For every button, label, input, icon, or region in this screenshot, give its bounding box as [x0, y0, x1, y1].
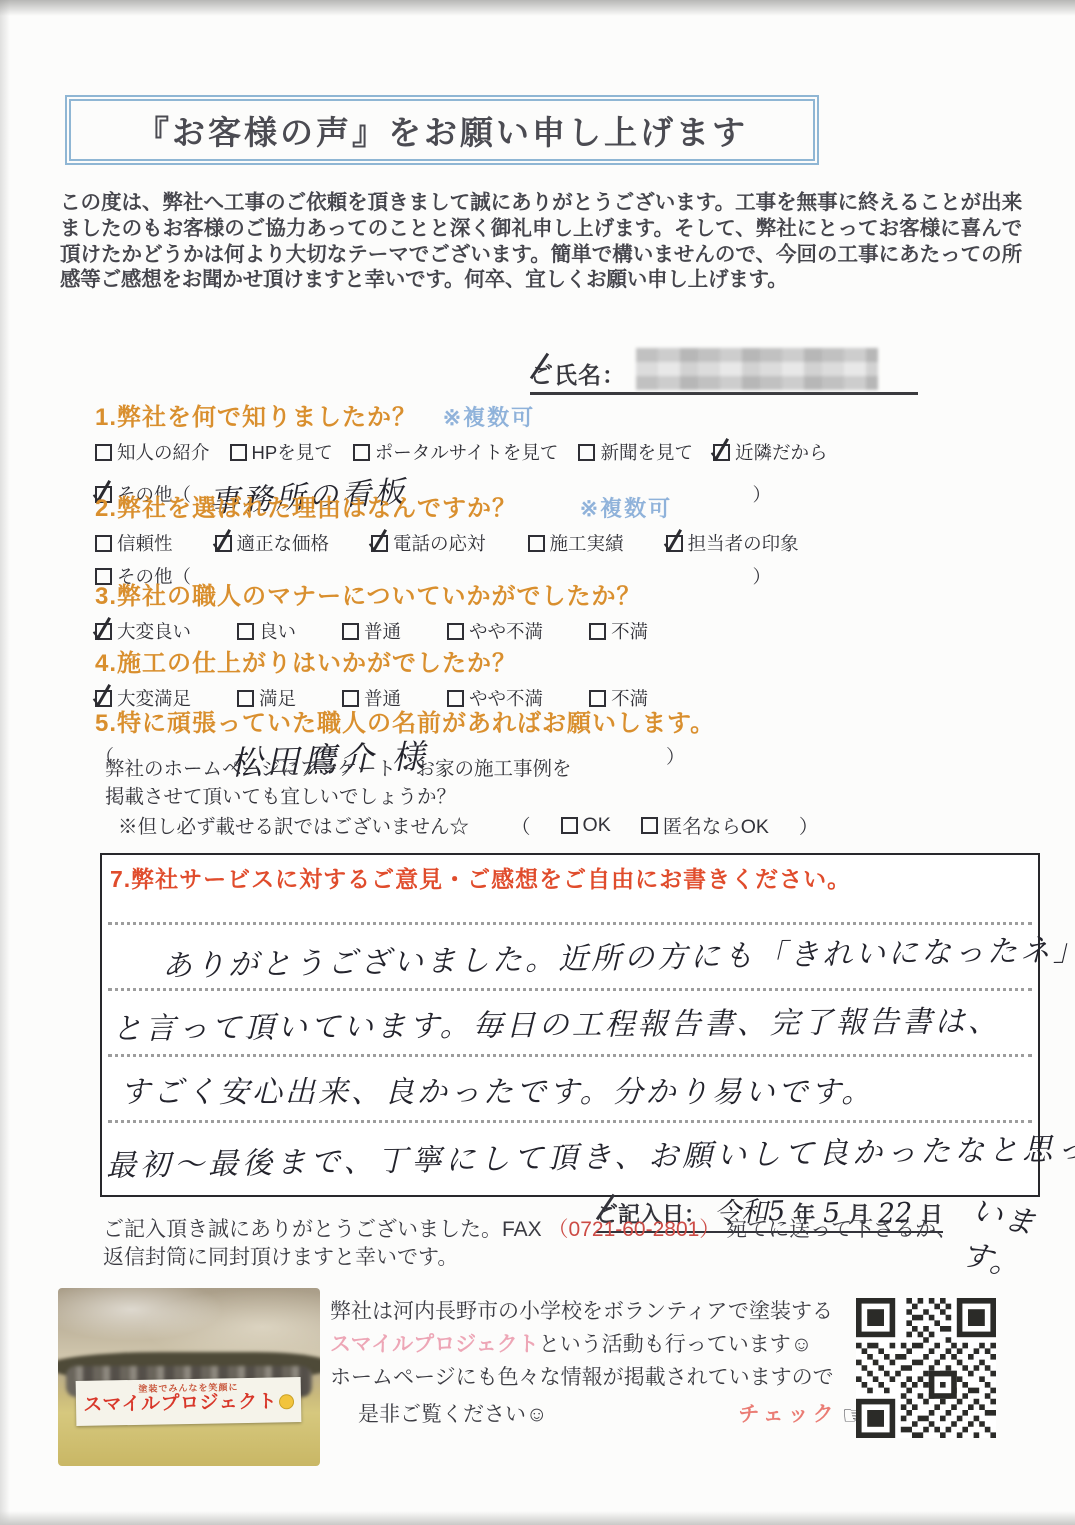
q3-option-good-label: 良い: [259, 618, 296, 644]
bottom-line2: スマイルプロジェクトという活動も行っています☺: [330, 1328, 865, 1361]
question-4: 4.施工の仕上がりはいかがでしたか？ 大変満足 満足 普通 やや不満 不満: [95, 643, 795, 711]
q2-option-phone-label: 電話の応対: [393, 530, 486, 556]
photo-banner: 塗装でみんなを笑顔に スマイルプロジェクト: [76, 1377, 302, 1425]
q3-option-normal-label: 普通: [364, 618, 401, 644]
checkbox-icon: [578, 444, 595, 461]
smile-project-photo: 塗装でみんなを笑顔に スマイルプロジェクト: [58, 1288, 320, 1466]
ruled-line: [108, 922, 1032, 925]
q3-options: 大変良い 良い 普通 やや不満 不満: [95, 618, 795, 644]
redacted-name: [636, 348, 878, 390]
comment-line-1: ありがとうございました。近所の方にも「きれいになったネ」: [162, 925, 1075, 985]
q3-option-dissatisfied-label: 不満: [611, 618, 648, 644]
q5-close-paren: ）: [666, 742, 685, 781]
ruled-line: [108, 1120, 1032, 1123]
ruled-line: [108, 988, 1032, 991]
q1-option-newspaper: 新聞を見て: [578, 439, 693, 465]
q4-title: 4.施工の仕上がりはいかがでしたか？: [95, 650, 517, 677]
q2-option-price: 適正な価格: [215, 530, 330, 556]
footer-instructions: ご記入頂き誠にありがとうございました。FAX （0721-60-2801） 宛て…: [103, 1216, 1033, 1273]
hp-option-ok-label: OK: [583, 814, 611, 837]
fax-number: （0721-60-2801）: [548, 1218, 721, 1241]
hp-permission-note: ※但し必ず載せる訳ではございません☆: [118, 811, 469, 839]
q3-option-dissatisfied: 不満: [589, 618, 648, 644]
name-label: ご氏名：: [530, 357, 626, 395]
q2-option-phone: 電話の応対: [371, 530, 486, 556]
footer-line2: 返信封筒に同封頂けますと幸いです。: [103, 1244, 1033, 1272]
q2-title-row: 2.弊社を選ばれた理由はなんですか？ ※複数可: [95, 488, 795, 523]
bottom-line3: ホームページにも色々な情報が掲載されていますので: [330, 1361, 865, 1394]
q1-multi-note: ※複数可: [443, 405, 535, 430]
hp-permission-line1: 弊社のホームページにアンケート・お家の施工事例を: [105, 755, 571, 783]
q3-title: 3.弊社の職人のマナーについていかがでしたか？: [95, 583, 642, 610]
ruled-line: [108, 1054, 1032, 1057]
checkbox-checked-icon: [713, 444, 730, 461]
footer-after-fax: 宛てに送って下さるか、: [726, 1218, 957, 1241]
q1-option-hp: HPを見て: [230, 439, 333, 465]
q2-title: 2.弊社を選ばれた理由はなんですか？: [95, 495, 517, 522]
q1-option-portal-label: ポータルサイトを見て: [375, 439, 559, 465]
checkbox-icon: [230, 444, 247, 461]
bottom-line1: 弊社は河内長野市の小学校をボランティアで塗装する: [330, 1295, 865, 1328]
q3-option-verygood: 大変良い: [95, 618, 191, 644]
q2-option-trust: 信頼性: [95, 530, 173, 556]
scan-edge-bottom: [0, 1511, 1075, 1525]
q7-title: 7.弊社サービスに対するご意見・ご感想をご自由にお書きください。: [110, 861, 851, 894]
scan-edge-top: [0, 0, 1075, 16]
scanned-feedback-form: { "title_box": { "title": "『お客様の声』をお願い申し…: [0, 0, 1075, 1525]
hp-permission-text: 弊社のホームページにアンケート・お家の施工事例を 掲載させて頂いても宜しいでしょ…: [105, 755, 571, 812]
q2-multi-note: ※複数可: [580, 496, 672, 521]
customer-name-row: ご氏名：: [530, 348, 918, 395]
hp-permission-choices: ※但し必ず載せる訳ではございません☆ （ OK 匿名ならOK ）: [118, 811, 858, 839]
q3-option-good: 良い: [237, 618, 296, 644]
checkbox-icon: [447, 623, 464, 640]
comment-line-2: と言って頂いています。毎日の工程報告書、完了報告書は、: [112, 996, 1001, 1048]
hp-close-paren: ）: [799, 811, 819, 839]
checkbox-icon: [528, 535, 545, 552]
q3-option-slightly-dissatisfied-label: やや不満: [469, 618, 543, 644]
q1-options: 知人の紹介 HPを見て ポータルサイトを見て 新聞を見て 近隣だから: [95, 439, 795, 465]
q1-option-newspaper-label: 新聞を見て: [600, 439, 693, 465]
smile-project-description: 弊社は河内長野市の小学校をボランティアで塗装する スマイルプロジェクトという活動…: [330, 1295, 865, 1436]
hp-open-paren: （: [511, 811, 531, 839]
q2-option-record-label: 施工実績: [550, 530, 624, 556]
q1-option-portal: ポータルサイトを見て: [353, 439, 559, 465]
checkbox-icon: [561, 817, 578, 834]
q1-title: 1.弊社を何で知りましたか？: [95, 404, 417, 431]
checkbox-icon: [641, 817, 658, 834]
checkbox-icon: [353, 444, 370, 461]
bottom-line4: 是非ご覧ください☺ チェック ☞: [330, 1395, 865, 1436]
comment-line-3: すごく安心出来、良かったです。分かり易いです。: [120, 1067, 874, 1111]
q2-options: 信頼性 適正な価格 電話の応対 施工実績 担当者の印象: [95, 530, 795, 556]
q3-option-normal: 普通: [342, 618, 401, 644]
q1-option-neighborhood-label: 近隣だから: [735, 439, 828, 465]
scan-edge-left: [0, 0, 10, 1525]
q1-option-referral: 知人の紹介: [95, 439, 210, 465]
photo-banner-title: スマイルプロジェクト: [76, 1392, 302, 1416]
q3-option-verygood-label: 大変良い: [117, 618, 191, 644]
hp-permission-group: （ OK 匿名ならOK ）: [511, 811, 818, 839]
hp-option-anonymous-ok: 匿名ならOK: [641, 811, 769, 839]
q2-option-record: 施工実績: [528, 530, 624, 556]
footer-line1: ご記入頂き誠にありがとうございました。FAX （0721-60-2801） 宛て…: [103, 1216, 1033, 1244]
checkbox-checked-icon: [95, 623, 112, 640]
hp-permission-line2: 掲載させて頂いても宜しいでしょうか？: [105, 783, 571, 811]
checkbox-icon: [95, 444, 112, 461]
q1-option-hp-label: HPを見て: [252, 439, 333, 465]
checkbox-icon: [589, 623, 606, 640]
q2-option-trust-label: 信頼性: [117, 530, 173, 556]
form-title-box: 『お客様の声』をお願い申し上げます: [65, 95, 819, 165]
bottom-line2-rest: という活動も行っています☺: [539, 1333, 812, 1356]
form-title: 『お客様の声』をお願い申し上げます: [136, 107, 748, 154]
question-2: 2.弊社を選ばれた理由はなんですか？ ※複数可 信頼性 適正な価格 電話の応対 …: [95, 488, 795, 589]
smile-project-highlight: スマイルプロジェクト: [330, 1333, 539, 1356]
qr-code: [856, 1298, 996, 1438]
bottom-line4-text: 是非ご覧ください☺: [358, 1398, 547, 1431]
q3-option-slightly-dissatisfied: やや不満: [447, 618, 543, 644]
q1-title-row: 1.弊社を何で知りましたか？ ※複数可: [95, 397, 795, 432]
check-label: チェック: [738, 1398, 837, 1431]
checkbox-checked-icon: [371, 535, 388, 552]
checkbox-checked-icon: [215, 535, 232, 552]
checkbox-checked-icon: [666, 535, 683, 552]
comment-line-4: 最初～最後まで、丁寧にして頂き、お願いして良かったなと思って: [106, 1123, 1075, 1185]
checkbox-icon: [342, 623, 359, 640]
footer-before-fax: ご記入頂き誠にありがとうございました。FAX: [103, 1218, 542, 1241]
q2-option-price-label: 適正な価格: [237, 530, 330, 556]
smiley-icon: [279, 1394, 294, 1409]
question-7-comment-box: 7.弊社サービスに対するご意見・ご感想をご自由にお書きください。 ありがとうござ…: [100, 853, 1040, 1197]
hp-option-ok: OK: [561, 814, 611, 837]
q1-option-referral-label: 知人の紹介: [117, 439, 210, 465]
q2-option-staff: 担当者の印象: [666, 530, 799, 556]
intro-text: この度は、弊社へ工事のご依頼を頂きまして誠にありがとうございます。工事を無事に終…: [60, 190, 1022, 293]
q2-option-staff-label: 担当者の印象: [688, 530, 799, 556]
question-3: 3.弊社の職人のマナーについていかがでしたか？ 大変良い 良い 普通 やや不満 …: [95, 576, 795, 644]
hp-option-anonymous-ok-label: 匿名ならOK: [663, 811, 769, 839]
q1-option-neighborhood: 近隣だから: [713, 439, 828, 465]
checkbox-icon: [237, 623, 254, 640]
checkbox-icon: [95, 535, 112, 552]
